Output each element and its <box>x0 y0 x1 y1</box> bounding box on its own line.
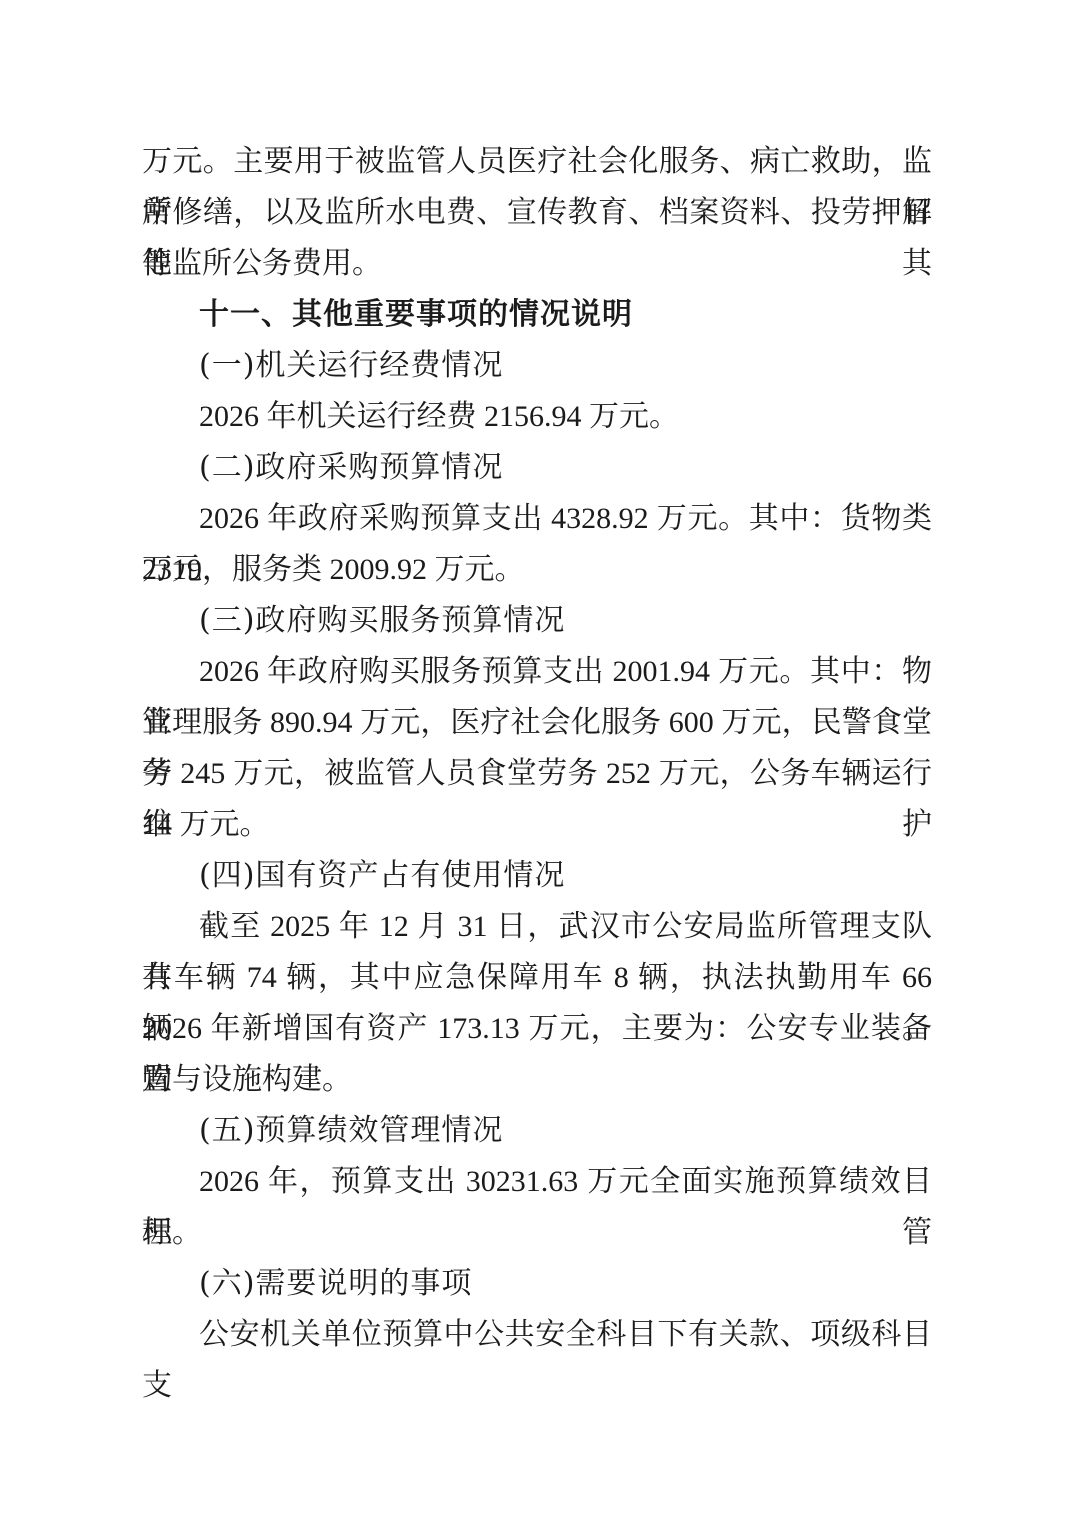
body-line-performance: 2026 年，预算支出 30231.63 万元全面实施预算绩效目标管 <box>142 1156 932 1207</box>
body-line-public-security: 公安机关单位预算中公共安全科目下有关款、项级科目支 <box>142 1309 932 1360</box>
subsection-heading-4: (四)国有资产占有使用情况 <box>142 850 932 901</box>
body-line-state-assets: 2026 年新增国有资产 173.13 万元，主要为：公安专业装备购 <box>142 1003 932 1054</box>
document-body: 万元。主要用于被监管人员医疗社会化服务、病亡救助，监所日 常修缮，以及监所水电费… <box>142 136 932 1360</box>
body-line-continuation: 常修缮，以及监所水电费、宣传教育、档案资料、投劳押解等其 <box>142 187 932 238</box>
body-line-state-assets: 截至 2025 年 12 月 31 日，武汉市公安局监所管理支队共 <box>142 901 932 952</box>
body-line-procurement: 2026 年政府采购预算支出 4328.92 万元。其中：货物类 2319 <box>142 493 932 544</box>
body-line-service-budget: 2026 年政府购买服务预算支出 2001.94 万元。其中：物业 <box>142 646 932 697</box>
body-line-service-budget: 管理服务 890.94 万元，医疗社会化服务 600 万元，民警食堂劳 <box>142 697 932 748</box>
section-heading-11: 十一、其他重要事项的情况说明 <box>142 289 932 340</box>
body-line-state-assets-end: 置与设施构建。 <box>142 1054 932 1105</box>
body-line-agency-expense: 2026 年机关运行经费 2156.94 万元。 <box>142 391 932 442</box>
subsection-heading-5: (五)预算绩效管理情况 <box>142 1105 932 1156</box>
subsection-heading-2: (二)政府采购预算情况 <box>142 442 932 493</box>
subsection-heading-3: (三)政府购买服务预算情况 <box>142 595 932 646</box>
body-line-continuation: 万元。主要用于被监管人员医疗社会化服务、病亡救助，监所日 <box>142 136 932 187</box>
body-line-state-assets: 有车辆 74 辆，其中应急保障用车 8 辆，执法执勤用车 66 辆。 <box>142 952 932 1003</box>
subsection-heading-6: (六)需要说明的事项 <box>142 1258 932 1309</box>
subsection-heading-1: (一)机关运行经费情况 <box>142 340 932 391</box>
body-line-service-budget: 务 245 万元，被监管人员食堂劳务 252 万元，公务车辆运行维护 <box>142 748 932 799</box>
body-line-procurement-end: 万元，服务类 2009.92 万元。 <box>142 544 932 595</box>
document-page: 万元。主要用于被监管人员医疗社会化服务、病亡救助，监所日 常修缮，以及监所水电费… <box>0 0 1074 1520</box>
